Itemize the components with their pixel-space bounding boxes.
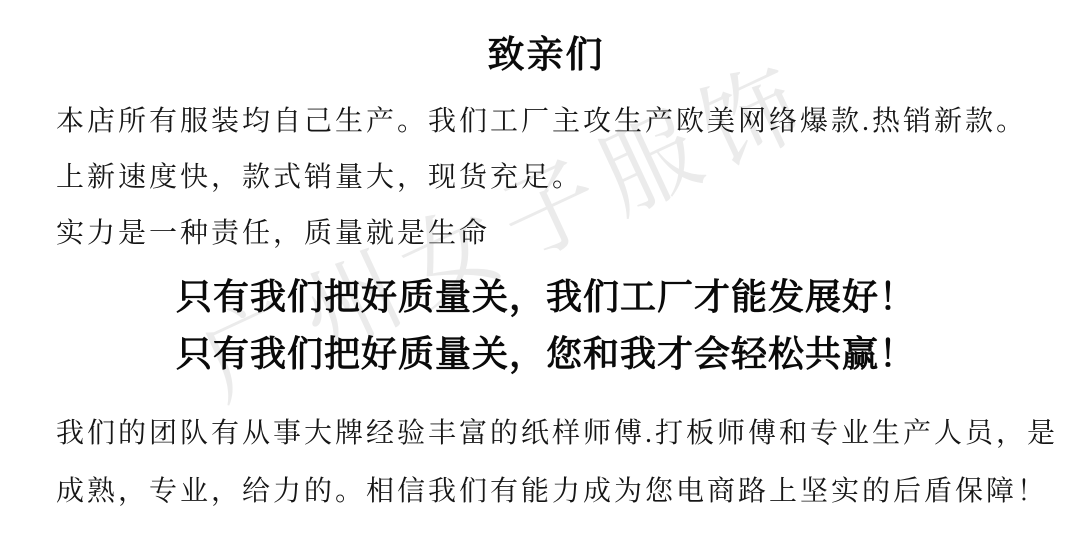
- slogan-section: 只有我们把好质量关，我们工厂才能发展好！ 只有我们把好质量关，您和我才会轻松共赢…: [56, 268, 1036, 382]
- team-section: 我们的团队有从事大牌经验丰富的纸样师傅.打板师傅和专业生产人员，是 成熟，专业，…: [56, 405, 1036, 521]
- intro-line-2: 上新速度快，款式销量大，现货充足。: [56, 150, 1036, 206]
- team-line-2: 成熟，专业，给力的。相信我们有能力成为您电商路上坚实的后盾保障！: [56, 463, 1036, 521]
- notice-page: 广州女子服饰 致亲们 本店所有服装均自己生产。我们工厂主攻生产欧美网络爆款.热销…: [0, 0, 1092, 550]
- intro-section: 本店所有服装均自己生产。我们工厂主攻生产欧美网络爆款.热销新款。 上新速度快，款…: [56, 94, 1036, 262]
- slogan-line-1: 只有我们把好质量关，我们工厂才能发展好！: [56, 268, 1036, 325]
- slogan-line-2: 只有我们把好质量关，您和我才会轻松共赢！: [56, 325, 1036, 382]
- page-title: 致亲们: [56, 0, 1036, 78]
- team-line-1: 我们的团队有从事大牌经验丰富的纸样师傅.打板师傅和专业生产人员，是: [56, 405, 1036, 463]
- intro-line-3: 实力是一种责任，质量就是生命: [56, 206, 1036, 262]
- intro-line-1: 本店所有服装均自己生产。我们工厂主攻生产欧美网络爆款.热销新款。: [56, 94, 1036, 150]
- notice-content: 致亲们 本店所有服装均自己生产。我们工厂主攻生产欧美网络爆款.热销新款。 上新速…: [0, 0, 1092, 521]
